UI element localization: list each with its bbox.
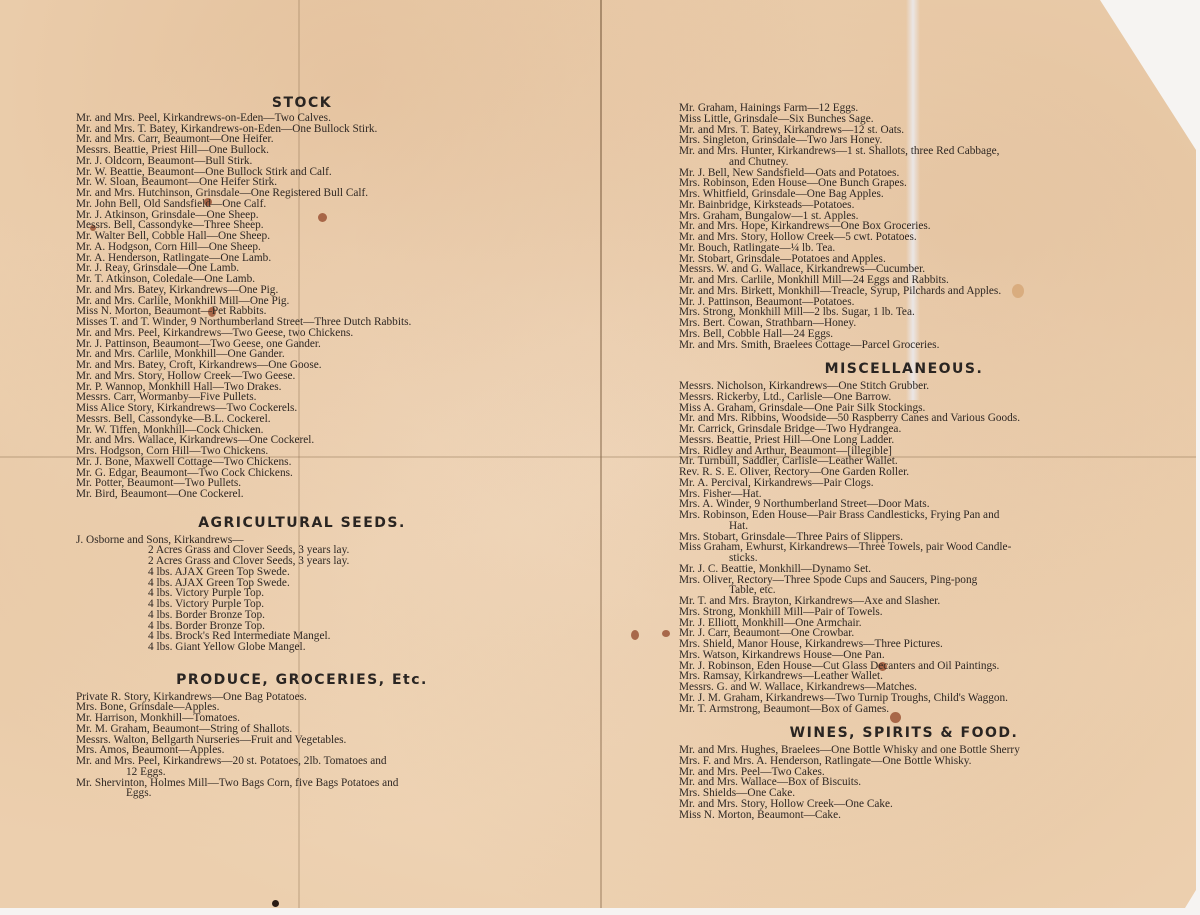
list-item: Mrs. Robinson, Eden House—Pair Brass Can… — [679, 510, 1129, 532]
list-item: Miss N. Morton, Beaumont—Cake. — [679, 810, 1129, 821]
list-item: Mr. and Mrs. Smith, Braelees Cottage—Par… — [679, 340, 1129, 351]
list-item: 2 Acres Grass and Clover Seeds, 3 years … — [76, 556, 528, 567]
produce-list: Private R. Story, Kirkandrews—One Bag Po… — [76, 692, 528, 800]
list-item: Mr. and Mrs. Hunter, Kirkandrews—1 st. S… — [679, 146, 1129, 168]
list-item: 4 lbs. AJAX Green Top Swede. — [76, 578, 528, 589]
section-heading-produce: PRODUCE, GROCERIES, Etc. — [76, 675, 528, 686]
section-heading-miscellaneous: MISCELLANEOUS. — [679, 364, 1129, 375]
list-item: Mrs. Oliver, Rectory—Three Spode Cups an… — [679, 575, 1129, 597]
center-fold — [600, 0, 602, 908]
produce-continued-list: Mr. Graham, Hainings Farm—12 Eggs.Miss L… — [679, 103, 1129, 350]
list-item: Mr. and Mrs. Peel, Kirkandrews—20 st. Po… — [76, 756, 528, 778]
stain — [631, 630, 639, 640]
section-heading-wines: WINES, SPIRITS & FOOD. — [679, 728, 1129, 739]
right-column: Mr. Graham, Hainings Farm—12 Eggs.Miss L… — [679, 103, 1129, 820]
seeds-list: 2 Acres Grass and Clover Seeds, 3 years … — [76, 545, 528, 653]
list-item: 4 lbs. AJAX Green Top Swede. — [76, 567, 528, 578]
list-item: Mr. T. Armstrong, Beaumont—Box of Games. — [679, 704, 1129, 715]
list-item: 4 lbs. Victory Purple Top. — [76, 599, 528, 610]
miscellaneous-list: Messrs. Nicholson, Kirkandrews—One Stitc… — [679, 381, 1129, 714]
list-item: 4 lbs. Border Bronze Top. — [76, 610, 528, 621]
wines-list: Mr. and Mrs. Hughes, Braelees—One Bottle… — [679, 745, 1129, 820]
stock-list: Mr. and Mrs. Peel, Kirkandrews-on-Eden—T… — [76, 113, 528, 500]
list-item: Miss Graham, Ewhurst, Kirkandrews—Three … — [679, 542, 1129, 564]
list-item: Mr. Bird, Beaumont—One Cockerel. — [76, 489, 528, 500]
left-column: STOCK Mr. and Mrs. Peel, Kirkandrews-on-… — [76, 98, 528, 799]
section-heading-seeds: AGRICULTURAL SEEDS. — [76, 518, 528, 529]
list-item: 4 lbs. Giant Yellow Globe Mangel. — [76, 642, 528, 653]
section-heading-stock: STOCK — [76, 98, 528, 109]
list-item: Mr. Shervinton, Holmes Mill—Two Bags Cor… — [76, 778, 528, 800]
list-item: 4 lbs. Victory Purple Top. — [76, 588, 528, 599]
ink-spot — [272, 900, 279, 907]
handwritten-note — [310, 14, 590, 54]
stain — [662, 630, 670, 637]
